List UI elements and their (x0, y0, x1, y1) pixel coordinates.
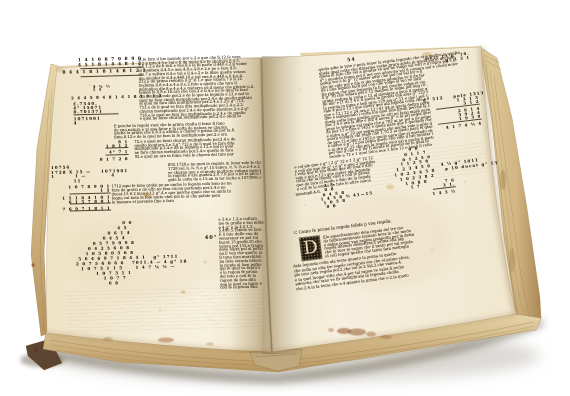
left-degree-note: 40° (205, 235, 218, 241)
left-tally-sum: 8 11 8 1 24° 7 18 1 7 2 8 (98, 140, 129, 161)
left-margin-product: 107561728 X 15 — 10719011 1 — 4 11 (51, 163, 163, 184)
left-body-mid-d: 1712.aqui ſe ſono groſsi pe pe anche la … (111, 181, 261, 204)
left-page: 1 4 1 0 8 7 0 8 9 0 4 5 1 8 1 4 4 8 1 28… (50, 50, 273, 356)
initial-letter: D (302, 236, 319, 259)
left-page-showthrough (66, 286, 267, 333)
left-ledger-column: £.7540.4° 150718.70137110719014 (73, 101, 132, 125)
right-margin-sum: g° 312 pole 13131 3 1 33 1 22 6 1 43 9 2… (423, 92, 483, 132)
left-body-mid-b: 72.e e qual ne farai churan multiplicado… (134, 137, 260, 159)
left-addition-sum: 1 0 7 8 9 0 11 51 5 1 6 4 1 0 16 1 5 7 8… (58, 184, 111, 214)
left-top-sums: 1 4 1 0 8 7 0 8 9 0 4 5 1 8 1 4 4 8 1 28… (62, 58, 143, 80)
right-mini-sum: 7 63 1.1 4 3 ½ (425, 178, 457, 197)
left-body-bottom: e 2.4.e 1.2.e cuſtarame te groſle e tuo … (218, 216, 268, 289)
left-digit-lattice: 0 0 4 5 0 6 1 4 0 4 5 4 0 5 7 9 0 9 8 0 … (72, 217, 234, 286)
right-page: 54 quelo adte le tute e pora tener la re… (318, 44, 526, 304)
left-body-mid-c: 892.1728.e no meti la regiola in ſoma va… (168, 161, 261, 182)
book-photo: 1 4 1 0 8 7 0 8 9 0 4 5 1 8 1 4 4 8 1 28… (0, 0, 570, 396)
left-fraction-note: 4 ½ ⅓1 5 (93, 85, 123, 93)
right-small-rows: 2 5 0 8 0 4 5 8 1 4 5 8 ⅓ 41—15 1 0 5 8 … (316, 177, 389, 211)
left-body-top: vi ſe fara il bie quando por e.2.e que c… (138, 55, 258, 121)
woodcut-initial: D (299, 235, 323, 261)
